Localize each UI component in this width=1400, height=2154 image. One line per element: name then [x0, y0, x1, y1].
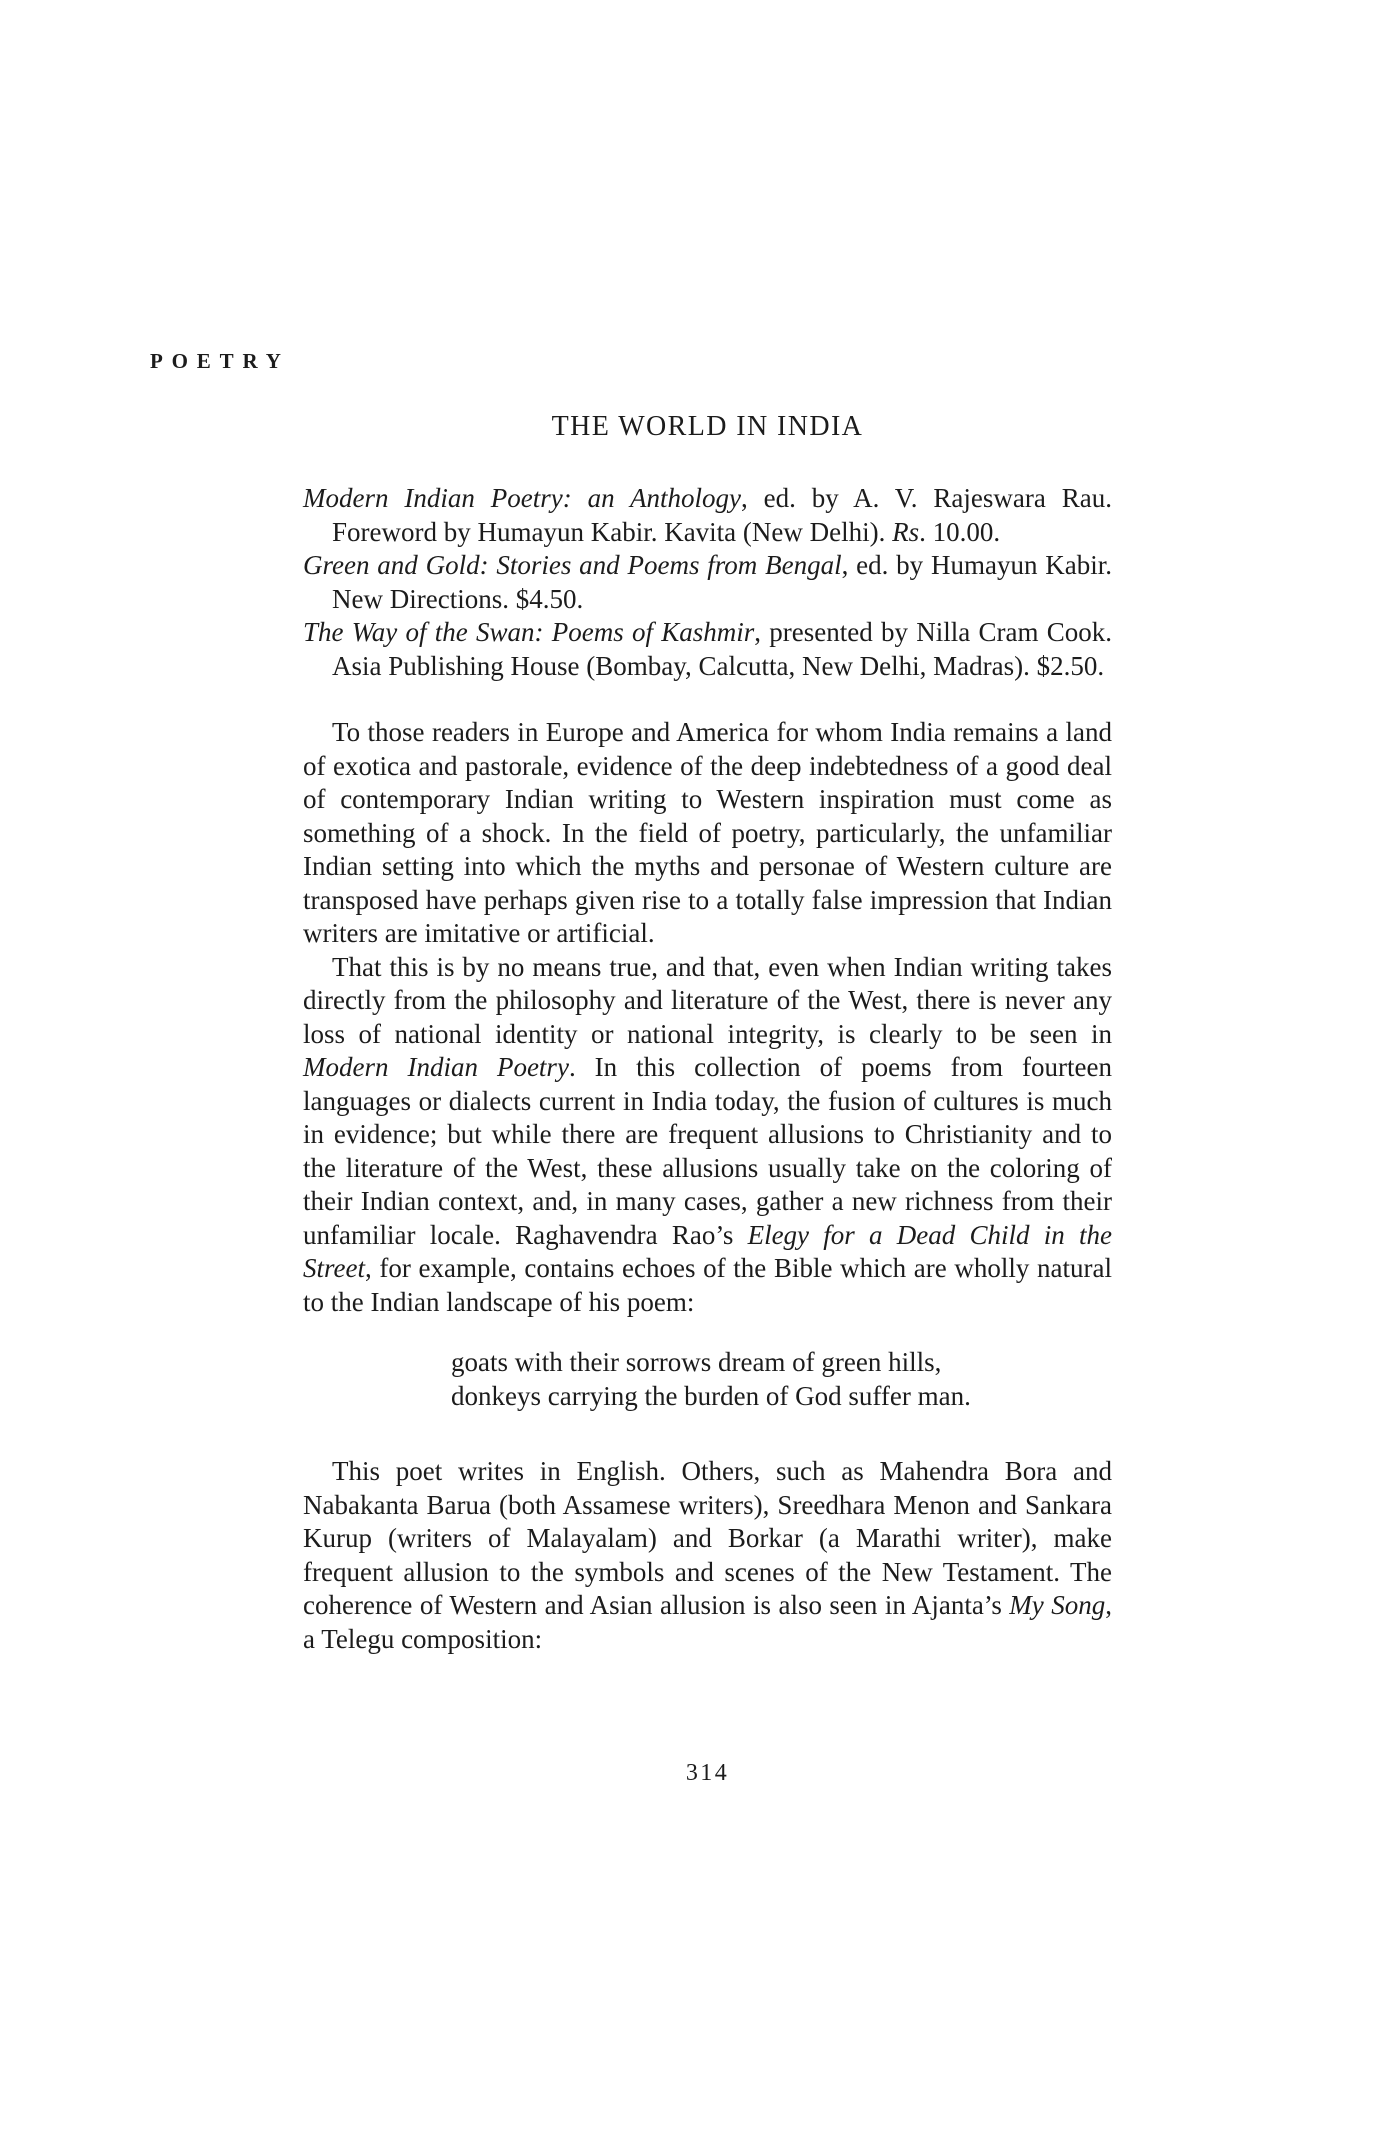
bibliography-entry: The Way of the Swan: Poems of Kashmir, p…	[303, 616, 1112, 683]
italic-text: Modern Indian Poetry	[303, 1052, 569, 1082]
page-number: 314	[303, 1760, 1112, 1787]
book-page: POETRY THE WORLD IN INDIA Modern Indian …	[0, 0, 1400, 2154]
text-run: . 10.00.	[919, 517, 1000, 547]
italic-text: The Way of the Swan: Poems of Kashmir	[303, 617, 754, 647]
article-title: THE WORLD IN INDIA	[303, 410, 1112, 444]
text-run: That this is by no means true, and that,…	[303, 952, 1112, 1049]
body-text: To those readers in Europe and America f…	[303, 716, 1112, 1319]
verse-quote: goats with their sorrows dream of green …	[451, 1345, 1112, 1413]
bibliography-entry: Modern Indian Poetry: an Anthology, ed. …	[303, 482, 1112, 549]
italic-text: Green and Gold: Stories and Poems from B…	[303, 550, 842, 580]
paragraph: That this is by no means true, and that,…	[303, 951, 1112, 1320]
italic-text: My Song	[1009, 1590, 1105, 1620]
bibliography-entry: Green and Gold: Stories and Poems from B…	[303, 549, 1112, 616]
bibliography: Modern Indian Poetry: an Anthology, ed. …	[303, 482, 1112, 683]
italic-text: Rs	[892, 517, 919, 547]
text-run: To those readers in Europe and America f…	[303, 717, 1112, 948]
running-head: POETRY	[150, 349, 290, 374]
verse-line: goats with their sorrows dream of green …	[451, 1345, 1112, 1379]
italic-text: Modern Indian Poetry: an Anthology	[303, 483, 741, 513]
paragraph: This poet writes in English. Others, suc…	[303, 1455, 1112, 1656]
text-run: This poet writes in English. Others, suc…	[303, 1456, 1112, 1620]
text-run: , for example, contains echoes of the Bi…	[303, 1253, 1112, 1317]
text-column: THE WORLD IN INDIA Modern Indian Poetry:…	[303, 0, 1112, 1656]
paragraph: To those readers in Europe and America f…	[303, 716, 1112, 951]
verse-line: donkeys carrying the burden of God suffe…	[451, 1379, 1112, 1413]
